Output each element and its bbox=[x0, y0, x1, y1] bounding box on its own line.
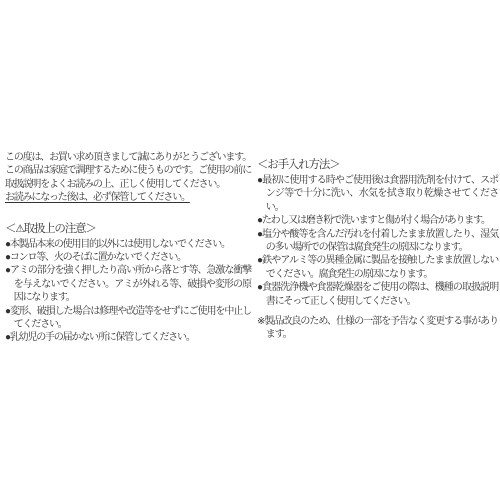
handling-section-title: ＜⚠取扱上の注意＞ bbox=[5, 222, 251, 236]
handling-title-text: 取扱上の注意＞ bbox=[24, 223, 96, 235]
instruction-sheet: この度は、お買い求め頂きまして誠にありがとうございます。この商品は家庭で調理する… bbox=[0, 0, 500, 500]
spec-change-footnote: ※製品改良のため、仕様の一部を予告なく変更する事があります。 bbox=[257, 315, 498, 342]
care-section-title: ＜お手入れ方法＞ bbox=[257, 158, 498, 172]
right-column: ＜お手入れ方法＞ ●最初に使用する時やご使用後は食器用洗剤を付けて、スポンジ等で… bbox=[257, 158, 498, 342]
care-bullet-list: ●最初に使用する時やご使用後は食器用洗剤を付けて、スポンジ等で十分に洗い、水気を… bbox=[257, 174, 498, 308]
left-column: この度は、お買い求め頂きまして誠にありがとうございます。この商品は家庭で調理する… bbox=[5, 151, 251, 345]
handling-bullet-item: ●変形、破損した場合は修理や改造等をせずにご使用を中止してください。 bbox=[5, 305, 251, 332]
warning-icon: ⚠ bbox=[15, 223, 23, 235]
intro-keep-instruction: お読みになった後は、必ず保管してください。 bbox=[5, 191, 251, 204]
angle-bracket-open: ＜ bbox=[5, 223, 15, 235]
handling-bullet-item: ●乳幼児の手の届かない所に保管してください。 bbox=[5, 331, 251, 344]
handling-bullet-item: ●本製品本来の使用目的以外には使用しないでください。 bbox=[5, 238, 251, 251]
handling-bullet-list: ●本製品本来の使用目的以外には使用しないでください。 ●コンロ等、火のそばに置か… bbox=[5, 238, 251, 345]
care-bullet-item: ●塩分や酸等を含んだ汚れを付着したまま放置したり、湿気の多い場所での保管は腐食発… bbox=[257, 228, 498, 255]
care-bullet-item: ●食器洗浄機や食器乾燥器をご使用の際は、機種の取扱説明書にそって正しく使用してく… bbox=[257, 281, 498, 308]
care-bullet-item: ●鉄やアルミ等の異種金属に製品を接触したまま放置しないでください。腐食発生の原因… bbox=[257, 254, 498, 281]
care-bullet-item: ●最初に使用する時やご使用後は食器用洗剤を付けて、スポンジ等で十分に洗い、水気を… bbox=[257, 174, 498, 214]
care-bullet-item: ●たわし又は磨き粉で洗いますと傷が付く場合があります。 bbox=[257, 214, 498, 227]
handling-bullet-item: ●コンロ等、火のそばに置かないでください。 bbox=[5, 251, 251, 264]
handling-bullet-item: ●アミの部分を強く押したり高い所から落とす等、急激な衝撃を与えないでください。ア… bbox=[5, 264, 251, 304]
intro-paragraph: この度は、お買い求め頂きまして誠にありがとうございます。この商品は家庭で調理する… bbox=[5, 151, 251, 191]
